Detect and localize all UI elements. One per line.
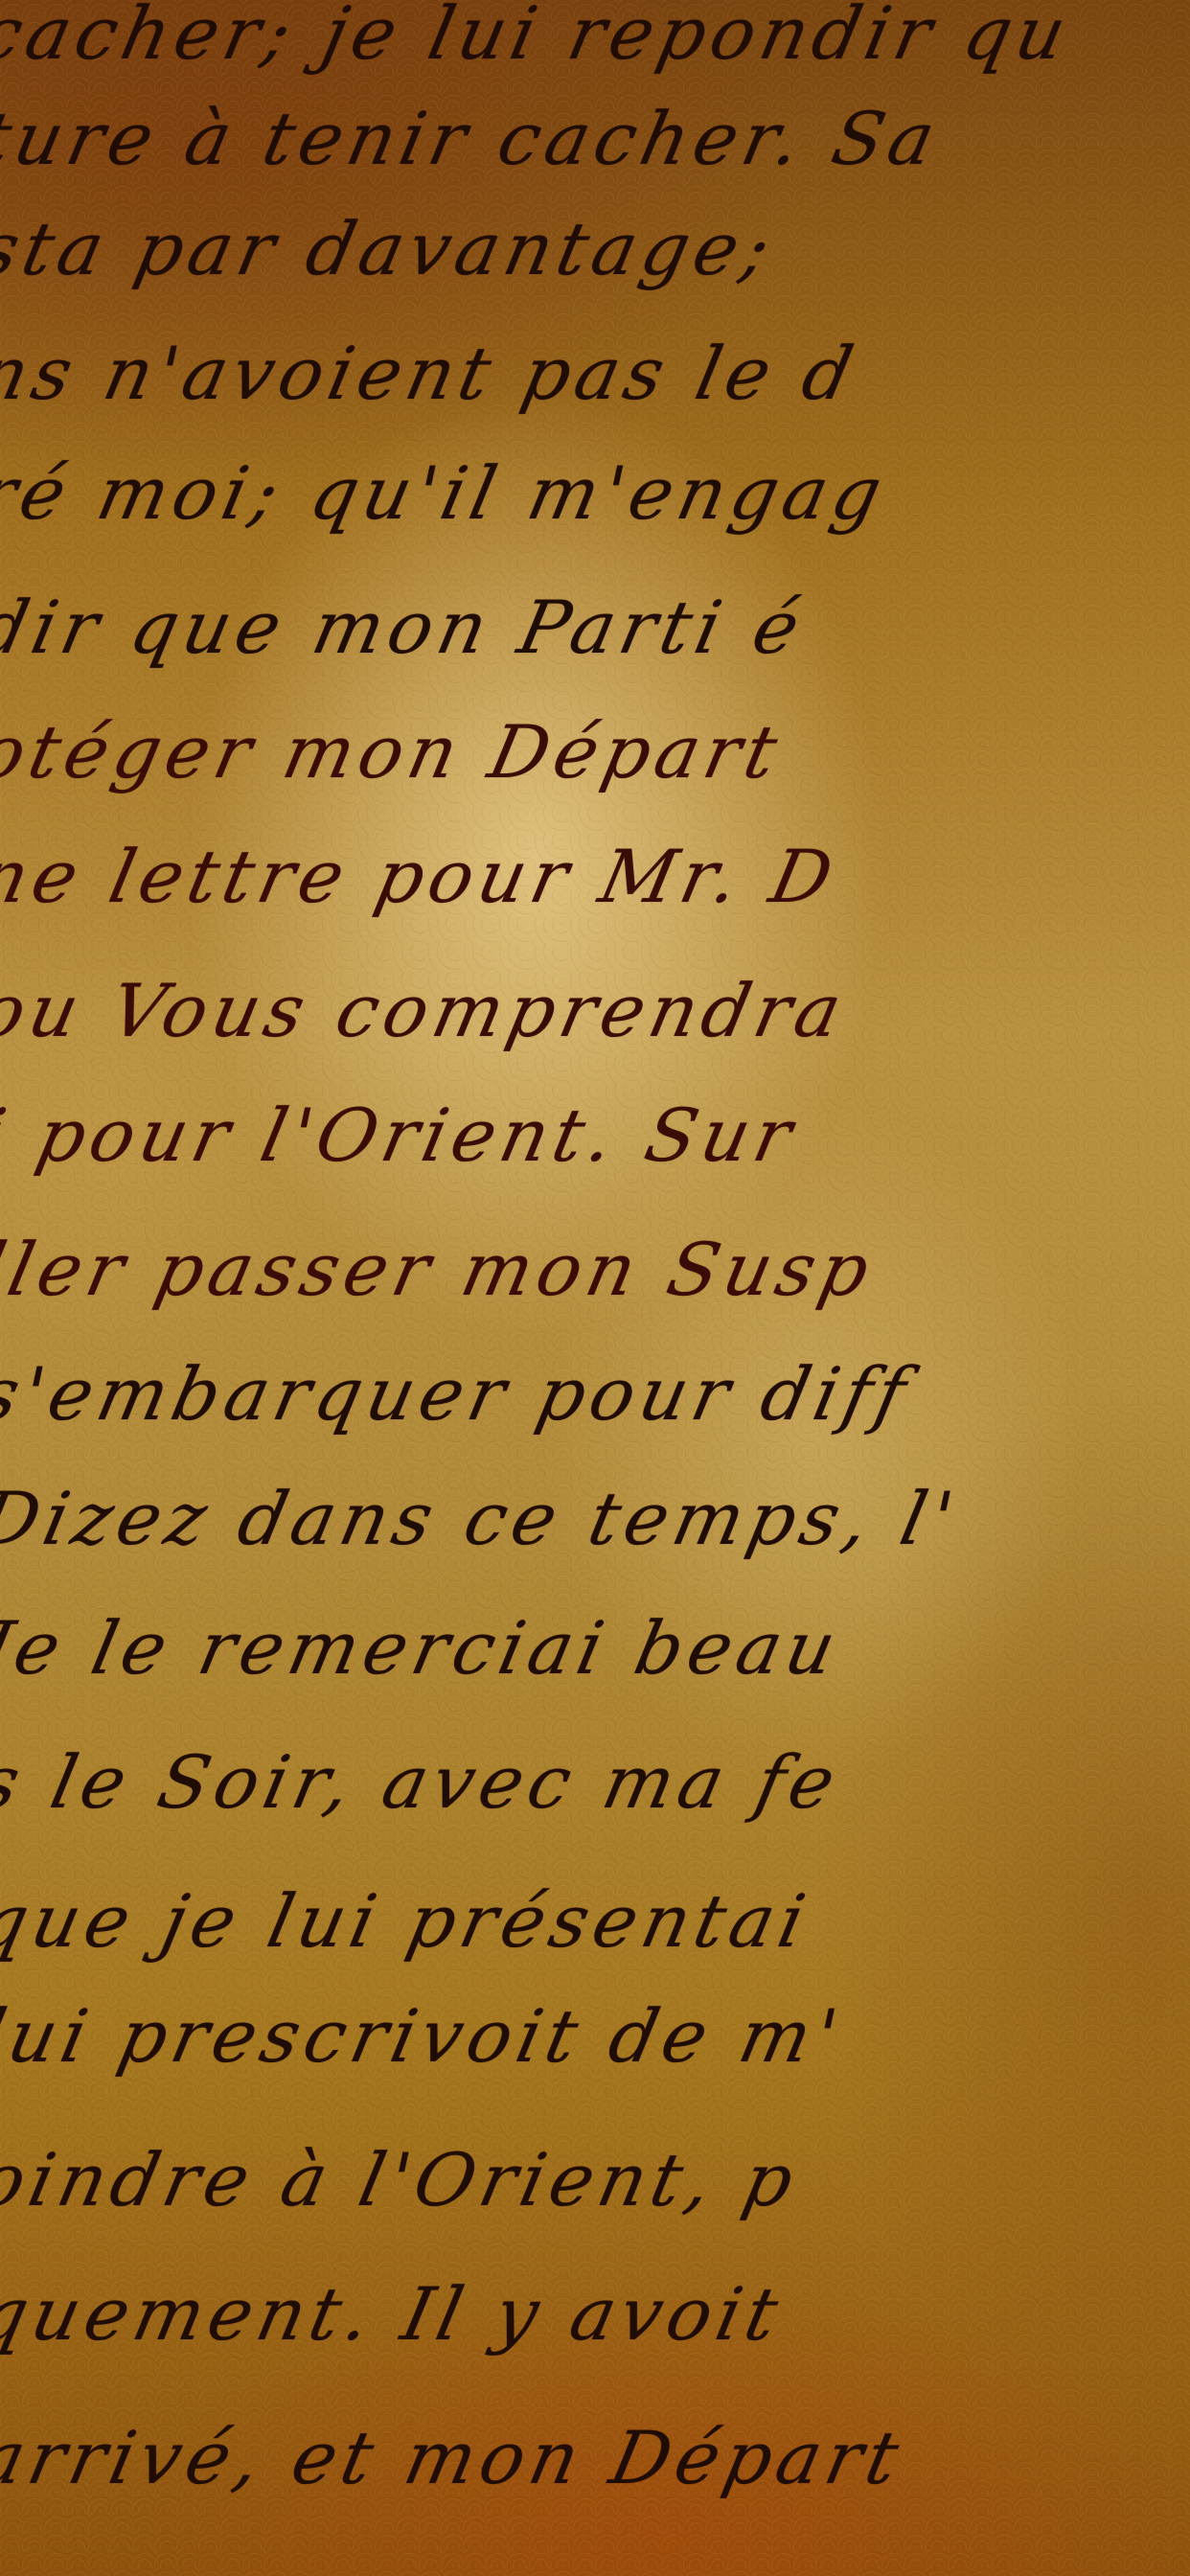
handwriting-line: quement. Il y avoit — [0, 2271, 790, 2357]
handwriting-line: sta par davantage; — [0, 206, 783, 291]
handwritten-letter: cacher; je lui repondir qu ture à tenir … — [0, 0, 1190, 2576]
handwriting-line: Dizez dans ce temps, l' — [0, 1476, 966, 1561]
handwriting-line: dir que mon Parti é — [0, 585, 812, 670]
handwriting-line: ou Vous comprendra — [0, 968, 855, 1053]
handwriting-line: ture à tenir cacher. Sa — [0, 96, 948, 181]
handwriting-line: i pour l'Orient. Sur — [0, 1092, 805, 1178]
handwriting-line: ne lettre pour Mr. D — [0, 834, 845, 919]
handwriting-line: oindre à l'Orient, p — [0, 2137, 807, 2222]
handwriting-line: ns n'avoient pas le d — [0, 331, 866, 416]
handwriting-line: otéger mon Départ — [0, 709, 790, 794]
handwriting-line: ller passer mon Susp — [0, 1227, 882, 1312]
handwriting-line: arrivé, et mon Départ — [0, 2415, 911, 2500]
handwriting-line: cacher; je lui repondir qu — [0, 0, 1079, 76]
handwriting-line: Je le remerciai beau — [0, 1605, 849, 1690]
handwriting-line: s'embarquer pour diff — [0, 1351, 919, 1437]
handwriting-line: ré moi; qu'il m'engag — [0, 450, 895, 536]
handwriting-line: s le Soir, avec ma fe — [0, 1739, 848, 1825]
handwriting-line: lui prescrivoit de m' — [0, 1993, 851, 2079]
handwriting-line: que je lui présentai — [0, 1878, 818, 1964]
